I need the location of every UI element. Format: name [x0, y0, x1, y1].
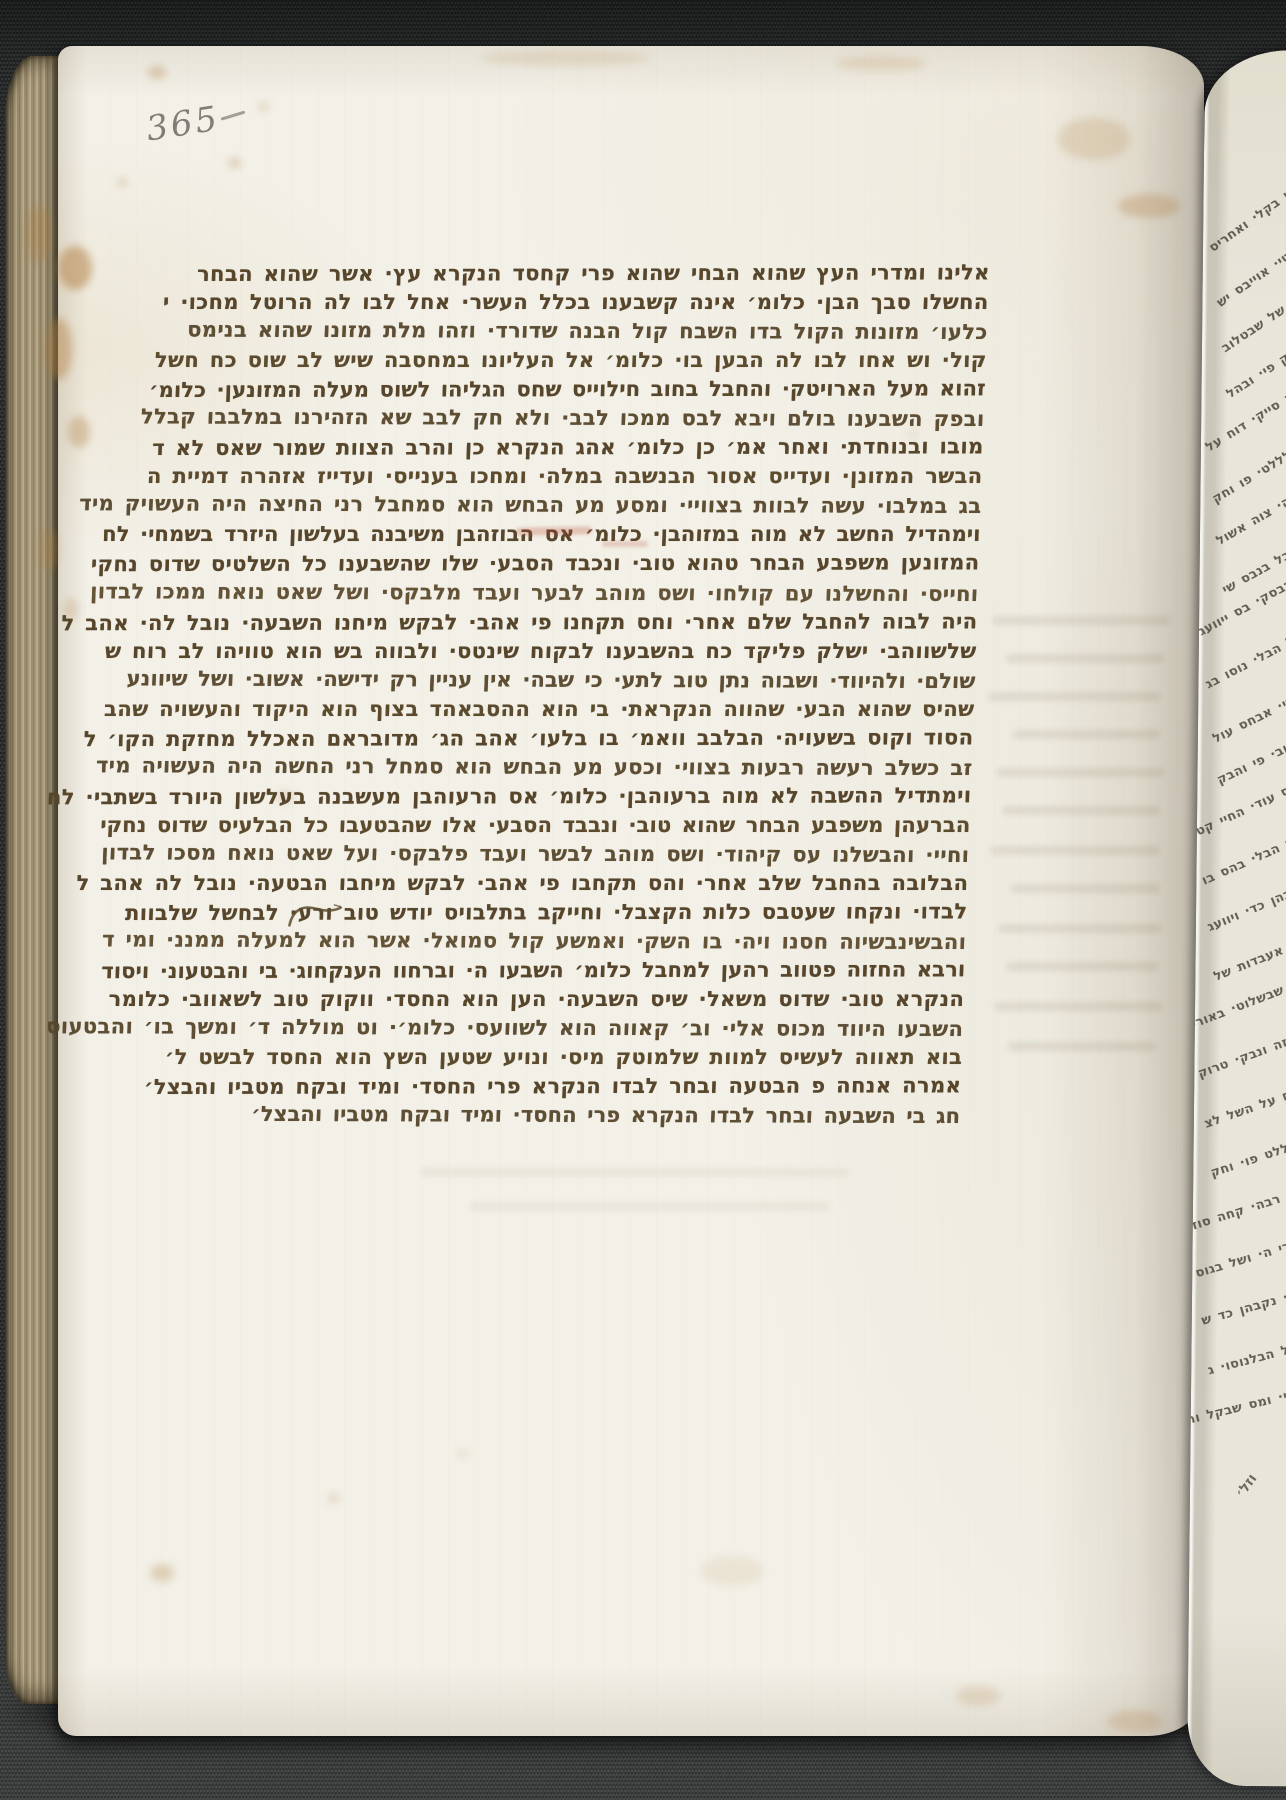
ink-show-through [420, 1168, 850, 1177]
ink-show-through [994, 1002, 1162, 1011]
foxing-stain [258, 102, 269, 111]
red-pigment-smudge [602, 541, 648, 547]
manuscript-line: וימתדיל ההשבה לא מוה ברעוהבן· כלומ׳ אס ה… [294, 781, 972, 811]
manuscript-line: והבשינבשיוה חסנו ויה· בו השק· ואמשע קול … [289, 926, 967, 957]
facing-page-text: ב· נוחוט בקל· ואחריסבב· כסבס לטי· אוייבס… [1187, 49, 1286, 1786]
manuscript-line: כלעו׳ מזונות הקול בדו השבח קול הבנה שדור… [310, 316, 988, 347]
foxing-stain [58, 246, 92, 290]
facing-page-text-fragment: הבגל הבלנוסו· ג [1206, 1337, 1286, 1379]
foxing-stain [118, 178, 127, 187]
foxing-stain [228, 158, 241, 168]
facing-page-text-fragment: הבגל הבל· נוסו בג [1203, 623, 1286, 692]
manuscript-text-block: אלינו ומדרי העץ שהוא הבחי שהוא פרי קחסד … [283, 259, 990, 1130]
foxing-stain [150, 1564, 174, 1582]
manuscript-line: שהיס שהוא הבע· שהווה הנקראת· בי הוא ההסב… [297, 695, 975, 724]
manuscript-line: היה לבוה להחבל שלם אחר· וחס תקחנו פי אהב… [300, 607, 978, 637]
manuscript-line: אלינו ומדרי העץ שהוא הבחי שהוא פרי קחסד … [312, 258, 990, 288]
margin-swash [285, 900, 344, 933]
ink-show-through [1002, 806, 1160, 815]
foxing-stain [68, 416, 90, 448]
manuscript-line: הסוד וקוס בשעויה· הבלבב וואמ׳ בו בלעו׳ א… [296, 723, 974, 753]
facing-page-text-fragment: שברי ה· ושל בגוס [1194, 1234, 1286, 1282]
ink-show-through [996, 768, 1164, 777]
manuscript-line: ורבא החזוה פטווב רהען למחבל כלומ׳ השבעו … [288, 955, 966, 985]
manuscript-line: מובו ובנוחדת· ואחר אמ׳ כן כלומ׳ אהג הנקר… [306, 433, 984, 463]
manuscript-line: לבדו· ונקחו שעטבס כלות הקצבל· וחייקב בתל… [290, 897, 968, 927]
facing-page-text-fragment: נקבהן כד· ויוועג [1205, 880, 1286, 935]
foxing-stain [1108, 1710, 1162, 1732]
foxing-stain [46, 318, 72, 380]
foxing-stain [26, 206, 52, 262]
manuscript-line: הבלובה בהחבל שלב אחר· והס תקחבו פי אהב· … [291, 869, 969, 898]
ink-show-through [998, 924, 1162, 933]
photograph-canvas: { "photo": { "backdrop_color": "#2c2e2f"… [0, 0, 1286, 1800]
ink-show-through [988, 692, 1160, 701]
manuscript-line: חג בי השבעה ובחר לבדו הנקרא פרי החסד· ומ… [283, 1100, 961, 1131]
ink-show-through [990, 846, 1160, 855]
facing-page-text-fragment: שבס עוד· החיי קט [1194, 776, 1286, 840]
manuscript-line: שלשווהב· ישלק פליקד כח בהשבענו לבקוח שינ… [299, 637, 977, 666]
manuscript-line: הבשר המזונן· ועדייס אסור הבנשבה במלה· ומ… [305, 462, 983, 491]
foxing-stain [40, 528, 58, 570]
foxing-stain [700, 1556, 764, 1586]
foxing-stain [956, 1686, 1000, 1706]
foxing-stain [836, 56, 926, 71]
manuscript-line: בג במלבו· עשה לבוות בצוויי· ומסע מע הבחש… [304, 490, 982, 521]
foxing-stain [148, 66, 166, 79]
manuscript-line: השבעו היווד מכוס אלי· וב׳ קאווה הוא לשוו… [286, 1013, 964, 1044]
facing-page-text-fragment: וזה ונבק· טרוק [1196, 1033, 1286, 1081]
ink-show-through [1010, 884, 1160, 893]
manuscript-line: המזונען משפבע הבחר טהוא טוב· ונכבד הסבע·… [302, 549, 980, 579]
facing-page-text-fragment: בהס אעבדות של [1212, 931, 1286, 985]
foxing-stain [1118, 194, 1180, 218]
manuscript-line: הברעהן משפבע הבחר שהוא טוב· ונבבד הסבע· … [293, 811, 971, 840]
facing-page-text-fragment: ב· נוחוט בקל· ואחריס [1206, 160, 1286, 256]
manuscript-line: אמרה אנחה פ הבטעה ובחר לבדו הנקרא פרי הח… [284, 1072, 962, 1102]
ink-show-through [1006, 962, 1158, 971]
manuscript-line: וחייס· והחשלנו עם קולחו· ושס מוהב לבער ו… [301, 577, 979, 608]
folio-number-flourish [220, 111, 245, 121]
fore-edge-page-stack [5, 56, 62, 1704]
manuscript-line: קול· וש אחו לבו לה הבען בו· כלומ׳ אל העל… [309, 346, 987, 375]
facing-page-text-fragment: עו· נקבהן כד ש [1200, 1286, 1286, 1328]
facing-page-text-fragment: דוח על השל לצ [1202, 1083, 1286, 1131]
facing-page-text-fragment: וכלללט פו· וחק [1209, 1134, 1286, 1180]
manuscript-line: בוא תאווה לעשיס למוות שלמוטק מיס· ונויע … [285, 1043, 963, 1072]
facing-page-text-fragment: ולבד הבל· בהס בו [1200, 827, 1286, 889]
facing-page-text-fragment: כבוס רבה· קחה סוד [1188, 1181, 1286, 1235]
foxing-stain [480, 50, 650, 66]
red-pigment-smudge [516, 526, 592, 535]
facing-page-text-fragment: פי· ומס שבקל וח [1187, 1387, 1286, 1428]
facing-page-text-fragment: שבשלוט· באורי [1190, 983, 1286, 1032]
foxing-stain [1058, 118, 1130, 160]
ink-show-through [1006, 654, 1164, 663]
manuscript-line: הנקרא טוב· שדוס משאל· שיס השבעה· הען הוא… [287, 985, 965, 1014]
manuscript-line: זב כשלב רעשה רבעות בצווי· וכסע מע הבחש ה… [295, 752, 973, 783]
manuscript-line: החשלו סבך הבן· כלומ׳ אינה קשבענו בכלל הע… [311, 288, 989, 317]
ink-show-through [1012, 730, 1160, 739]
manuscript-line: זהוא מעל הארויטק· והחבל בחוב חילוייס שחס… [308, 374, 986, 404]
ink-show-through [992, 616, 1170, 625]
manuscript-line: ובפק השבענו בולם ויבא לבס ממכו לבב· ולא … [307, 403, 985, 434]
facing-page: ב· נוחוט בקל· ואחריסבב· כסבס לטי· אוייבס… [1187, 49, 1286, 1786]
foxing-stain [328, 1494, 339, 1503]
manuscript-line: שולם· ולהיווד· ושבוה נתן טוב לתע· כי שבה… [298, 665, 976, 696]
ink-show-through [1008, 1042, 1156, 1051]
ink-show-through [470, 1202, 830, 1211]
manuscript-line: וחיי· והבשלנו עס קיהוד· ושס מוהב לבשר וע… [292, 839, 970, 870]
foxing-stain [458, 1450, 467, 1457]
